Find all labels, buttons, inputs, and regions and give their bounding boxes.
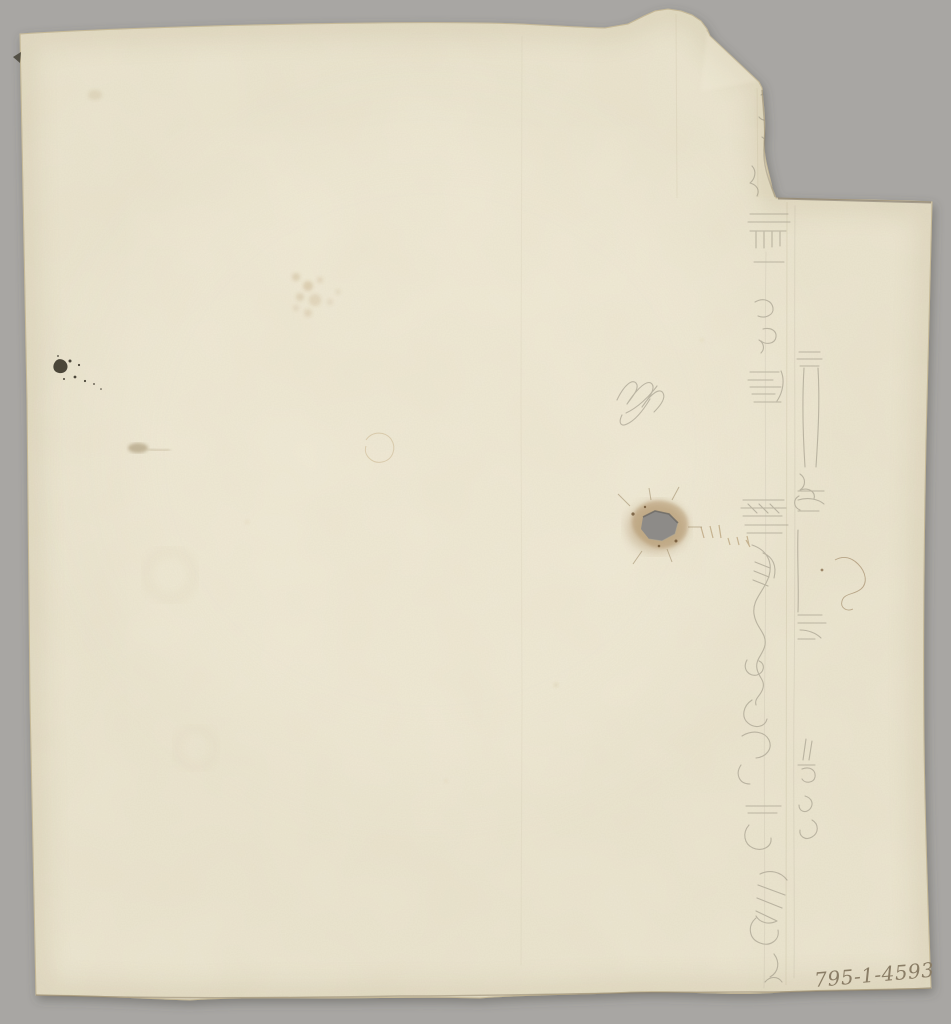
smudge-blob xyxy=(128,443,148,453)
sketch-vertical-line xyxy=(798,530,799,612)
stain-spot xyxy=(327,299,333,305)
ink-spot xyxy=(93,383,95,385)
hole-speck xyxy=(658,545,661,548)
ink-spot xyxy=(84,380,86,382)
artwork-photo-canvas: 795-1-4593 xyxy=(0,0,951,1024)
ink-spot xyxy=(63,378,65,380)
stain-spot xyxy=(293,305,299,311)
stain-spot xyxy=(292,273,300,281)
stain-spot xyxy=(336,290,341,295)
ink-spot xyxy=(69,360,72,363)
hole-speck xyxy=(644,506,646,508)
ink-spot xyxy=(74,376,77,379)
stain-spot xyxy=(317,277,323,283)
ink-spot xyxy=(100,388,102,390)
crack-speck xyxy=(821,569,824,572)
stain-speck xyxy=(701,339,703,341)
stain-spot xyxy=(303,281,313,291)
stain-speck xyxy=(555,684,557,686)
stain-spot xyxy=(88,90,102,100)
ink-spot xyxy=(78,364,80,366)
hole-speck xyxy=(631,512,634,515)
hole-speck xyxy=(675,540,678,543)
stain-spot xyxy=(296,293,304,301)
stain-speck xyxy=(445,780,447,782)
stain-speck xyxy=(246,521,248,523)
stain-spot xyxy=(309,294,321,306)
ink-spot xyxy=(57,355,59,357)
photograph-of-drawing-sheet: 795-1-4593 xyxy=(0,0,951,1024)
stain-spot xyxy=(304,309,312,317)
